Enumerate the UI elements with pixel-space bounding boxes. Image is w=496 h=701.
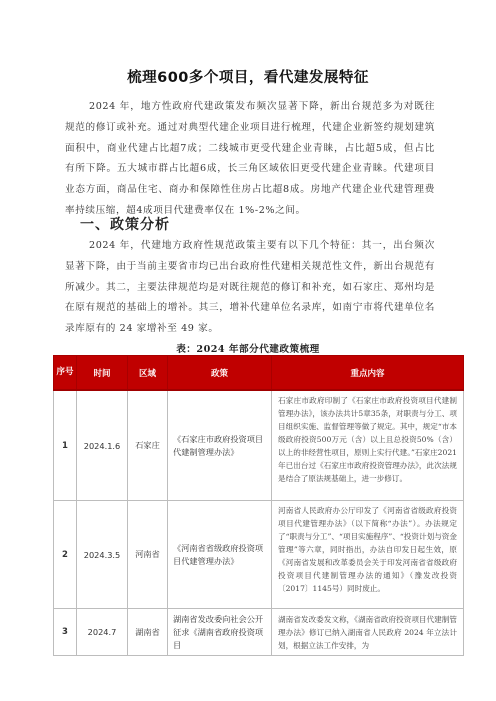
row-time: 2024.3.5 xyxy=(77,501,128,609)
row-seq: 2 xyxy=(54,501,77,609)
header-region: 区域 xyxy=(128,356,168,391)
section-heading: 一、政策分析 xyxy=(80,214,170,234)
row-content: 石家庄市政府印制了《石家庄市政府投资项目代建制管理办法》，该办法共计5章35条，… xyxy=(272,390,464,501)
row-region: 石家庄 xyxy=(128,390,168,501)
header-seq: 序号 xyxy=(54,356,77,391)
table-header-row: 序号 时间 区域 政策 重点内容 xyxy=(54,356,464,391)
table-row: 2 2024.3.5 河南省 《河南省省级政府投资项目代建管理办法》 河南省人民… xyxy=(54,501,464,609)
row-content: 河南省人民政府办公厅印发了《河南省省级政府投资项目代建管理办法》（以下简称“办法… xyxy=(272,501,464,609)
row-seq: 3 xyxy=(54,609,77,656)
row-seq: 1 xyxy=(54,390,77,501)
row-region: 河南省 xyxy=(128,501,168,609)
table-row: 3 2024.7 湖南省 湖南省发改委向社会公开征求《湖南省政府投资项目 湖南省… xyxy=(54,609,464,656)
row-content: 湖南省发改委发文称，《湖南省政府投资项目代建制管理办法》修订已纳入湖南省人民政府… xyxy=(272,609,464,656)
row-time: 2024.1.6 xyxy=(77,390,128,501)
intro-paragraph-text: 2024 年，地方性政府代建政策发布频次显著下降，新出台规范多为对既往规范的修订… xyxy=(65,101,435,216)
section-paragraph: 2024 年，代建地方政府性规范政策主要有以下几个特征：其一，出台频次显著下降，… xyxy=(65,236,435,340)
row-time: 2024.7 xyxy=(77,609,128,656)
intro-paragraph: 2024 年，地方性政府代建政策发布频次显著下降，新出台规范多为对既往规范的修订… xyxy=(65,97,435,222)
table-row: 1 2024.1.6 石家庄 《石家庄市政府投资项目代建制管理办法》 石家庄市政… xyxy=(54,390,464,501)
table-caption: 表：2024 年部分代建政策梳理 xyxy=(0,341,496,355)
header-content: 重点内容 xyxy=(272,356,464,391)
row-policy: 《河南省省级政府投资项目代建管理办法》 xyxy=(168,501,272,609)
row-policy: 湖南省发改委向社会公开征求《湖南省政府投资项目 xyxy=(168,609,272,656)
header-time: 时间 xyxy=(77,356,128,391)
row-region: 湖南省 xyxy=(128,609,168,656)
row-policy: 《石家庄市政府投资项目代建制管理办法》 xyxy=(168,390,272,501)
document-title: 梳理600多个项目，看代建发展特征 xyxy=(0,66,496,87)
header-policy: 政策 xyxy=(168,356,272,391)
policy-table: 序号 时间 区域 政策 重点内容 1 2024.1.6 石家庄 《石家庄市政府投… xyxy=(53,355,464,656)
section-paragraph-text: 2024 年，代建地方政府性规范政策主要有以下几个特征：其一，出台频次显著下降，… xyxy=(65,240,435,334)
